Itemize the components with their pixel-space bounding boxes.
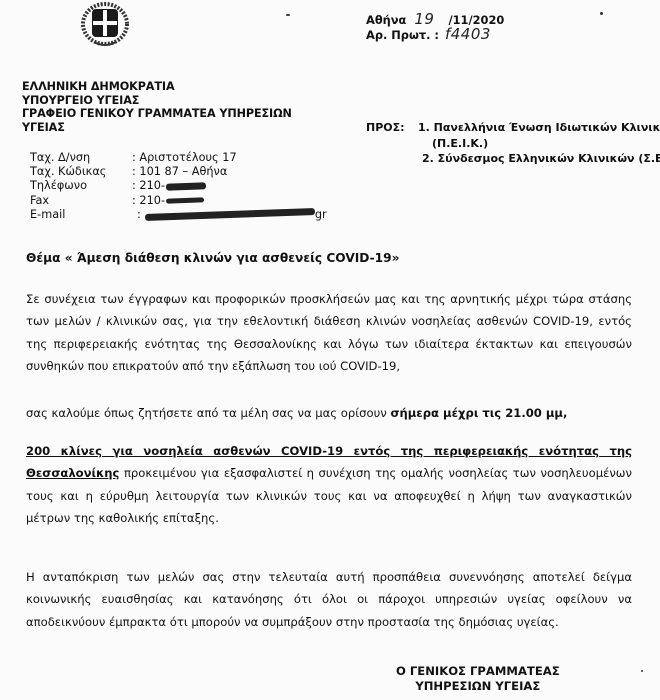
- scan-speck: [641, 670, 643, 672]
- contact-value: : 210-: [132, 179, 165, 192]
- recipient-item: 2. Σύνδεσμος Ελληνικών Κλινικών (Σ.Ε: [366, 151, 660, 167]
- sender-line: ΕΛΛΗΝΙΚΗ ΔΗΜΟΚΡΑΤΙΑ: [22, 80, 292, 94]
- sender-block: ΕΛΛΗΝΙΚΗ ΔΗΜΟΚΡΑΤΙΑ ΥΠΟΥΡΓΕΙΟ ΥΓΕΙΑΣ ΓΡΑ…: [22, 80, 292, 134]
- contact-row: Ταχ. Κώδικας : 101 87 – Αθήνα: [30, 165, 327, 179]
- contact-label: E-mail: [30, 208, 132, 222]
- contact-value: : 210-: [132, 194, 165, 207]
- contact-row: Ταχ. Δ/νση : Αριστοτέλους 17: [30, 151, 327, 165]
- contact-row: Fax : 210-: [30, 194, 327, 208]
- recipient-item: 1. Πανελλήνια Ένωση Ιδιωτικών Κλινικ: [418, 121, 660, 134]
- contact-row: Τηλέφωνο : 210-: [30, 179, 327, 193]
- scan-speck: [600, 12, 603, 15]
- contact-row: E-mail :gr: [30, 208, 327, 222]
- paragraph-1: Σε συνέχεια των έγγραφων και προφορικών …: [26, 288, 632, 377]
- scan-speck: [286, 14, 290, 16]
- contact-label: Τηλέφωνο: [30, 179, 132, 193]
- contact-label: Fax: [30, 194, 132, 208]
- signature-title: ΥΠΗΡΕΣΙΩΝ ΥΓΕΙΑΣ: [396, 679, 560, 694]
- date-protocol-block: Αθήνα 19 /11/2020 Αρ. Πρωτ. : f4403: [366, 12, 504, 42]
- redaction-mark: [145, 208, 315, 221]
- protocol-number: f4403: [445, 27, 491, 41]
- protocol-label: Αρ. Πρωτ. :: [366, 28, 439, 42]
- recipients-block: ΠΡΟΣ:1. Πανελλήνια Ένωση Ιδιωτικών Κλινι…: [366, 120, 660, 167]
- date-day: 19: [414, 12, 434, 26]
- sender-line: ΓΡΑΦΕΙΟ ΓΕΝΙΚΟΥ ΓΡΑΜΜΑΤΕΑ ΥΠΗΡΕΣΙΩΝ: [22, 107, 292, 121]
- sender-line: ΥΠΟΥΡΓΕΙΟ ΥΓΕΙΑΣ: [22, 94, 292, 108]
- signature-block: Ο ΓΕΝΙΚΟΣ ΓΡΑΜΜΑΤΕΑΣ ΥΠΗΡΕΣΙΩΝ ΥΓΕΙΑΣ: [396, 664, 560, 693]
- protocol-row: Αρ. Πρωτ. : f4403: [366, 27, 504, 42]
- greek-coat-of-arms-icon: [80, 2, 130, 48]
- signature-title: Ο ΓΕΝΙΚΟΣ ΓΡΑΜΜΑΤΕΑΣ: [396, 664, 560, 679]
- subject-line: Θέμα « Άμεση διάθεση κλινών για ασθενείς…: [26, 251, 400, 265]
- contact-label: Ταχ. Δ/νση: [30, 151, 132, 165]
- contact-value: : 101 87 – Αθήνα: [132, 165, 327, 179]
- contact-details: Ταχ. Δ/νση : Αριστοτέλους 17 Ταχ. Κώδικα…: [30, 151, 327, 222]
- paragraph-3: 200 κλίνες για νοσηλεία ασθενών COVID-19…: [26, 440, 632, 529]
- date-label: Αθήνα: [366, 13, 406, 27]
- deadline-text: σήμερα μέχρι τις 21.00 μμ,: [390, 406, 567, 420]
- sender-line: ΥΓΕΙΑΣ: [22, 121, 292, 135]
- redaction-mark: [166, 197, 204, 203]
- contact-value: :: [137, 208, 141, 221]
- paragraph-4: Η ανταπόκριση των μελών σας στην τελευτα…: [26, 566, 632, 633]
- paragraph-2: σας καλούμε όπως ζητήσετε από τα μέλη σα…: [26, 402, 632, 424]
- redaction-mark: [166, 182, 206, 190]
- recipient-item: (Π.Ε.Ι.Κ.): [366, 136, 660, 152]
- email-suffix: gr: [315, 208, 327, 221]
- contact-label: Ταχ. Κώδικας: [30, 165, 132, 179]
- recipients-label: ΠΡΟΣ:: [366, 120, 418, 136]
- paragraph-2-text: σας καλούμε όπως ζητήσετε από τα μέλη σα…: [26, 406, 390, 420]
- contact-value: : Αριστοτέλους 17: [132, 151, 327, 165]
